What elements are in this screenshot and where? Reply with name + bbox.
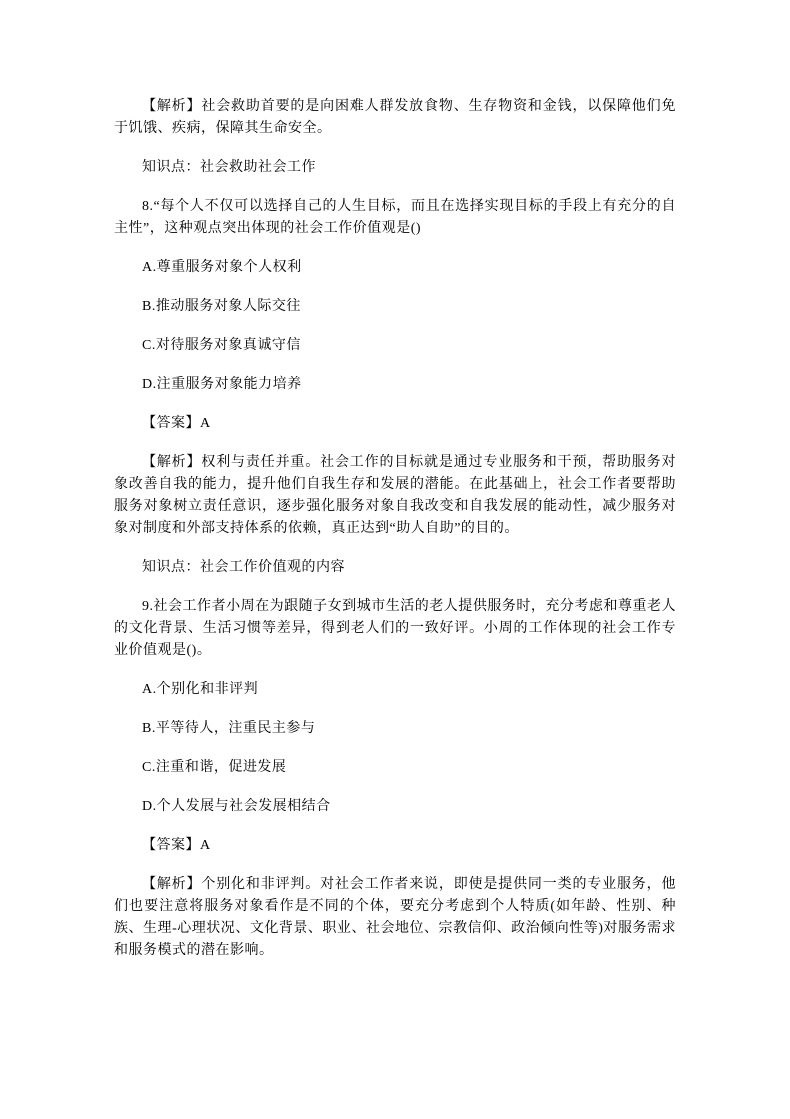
prev-question-knowledge-point: 知识点：社会救助社会工作 xyxy=(114,157,676,179)
question-9-option-d: D.个人发展与社会发展相结合 xyxy=(114,796,676,818)
question-8-analysis: 【解析】权利与责任并重。社会工作的目标就是通过专业服务和干预，帮助服务对象改善自… xyxy=(114,452,676,540)
question-8-option-a: A.尊重服务对象个人权利 xyxy=(114,257,676,279)
question-9-option-c: C.注重和谐，促进发展 xyxy=(114,757,676,779)
question-8-answer: 【答案】A xyxy=(114,413,676,435)
question-9-answer: 【答案】A xyxy=(114,835,676,857)
question-9-option-b: B.平等待人，注重民主参与 xyxy=(114,718,676,740)
question-9-analysis: 【解析】个别化和非评判。对社会工作者来说，即使是提供同一类的专业服务，他们也要注… xyxy=(114,874,676,962)
question-8-option-c: C.对待服务对象真诚守信 xyxy=(114,335,676,357)
document-page: 【解析】社会救助首要的是向困难人群发放食物、生存物资和金钱，以保障他们免于饥饿、… xyxy=(0,0,790,1119)
question-8-stem: 8.“每个人不仅可以选择自己的人生目标，而且在选择实现目标的手段上有充分的自主性… xyxy=(114,196,676,240)
prev-question-analysis: 【解析】社会救助首要的是向困难人群发放食物、生存物资和金钱，以保障他们免于饥饿、… xyxy=(114,96,676,140)
question-8-knowledge-point: 知识点：社会工作价值观的内容 xyxy=(114,557,676,579)
question-9-stem: 9.社会工作者小周在为跟随子女到城市生活的老人提供服务时，充分考虑和尊重老人的文… xyxy=(114,596,676,662)
question-8-option-b: B.推动服务对象人际交往 xyxy=(114,296,676,318)
question-9-option-a: A.个别化和非评判 xyxy=(114,679,676,701)
question-8-option-d: D.注重服务对象能力培养 xyxy=(114,374,676,396)
